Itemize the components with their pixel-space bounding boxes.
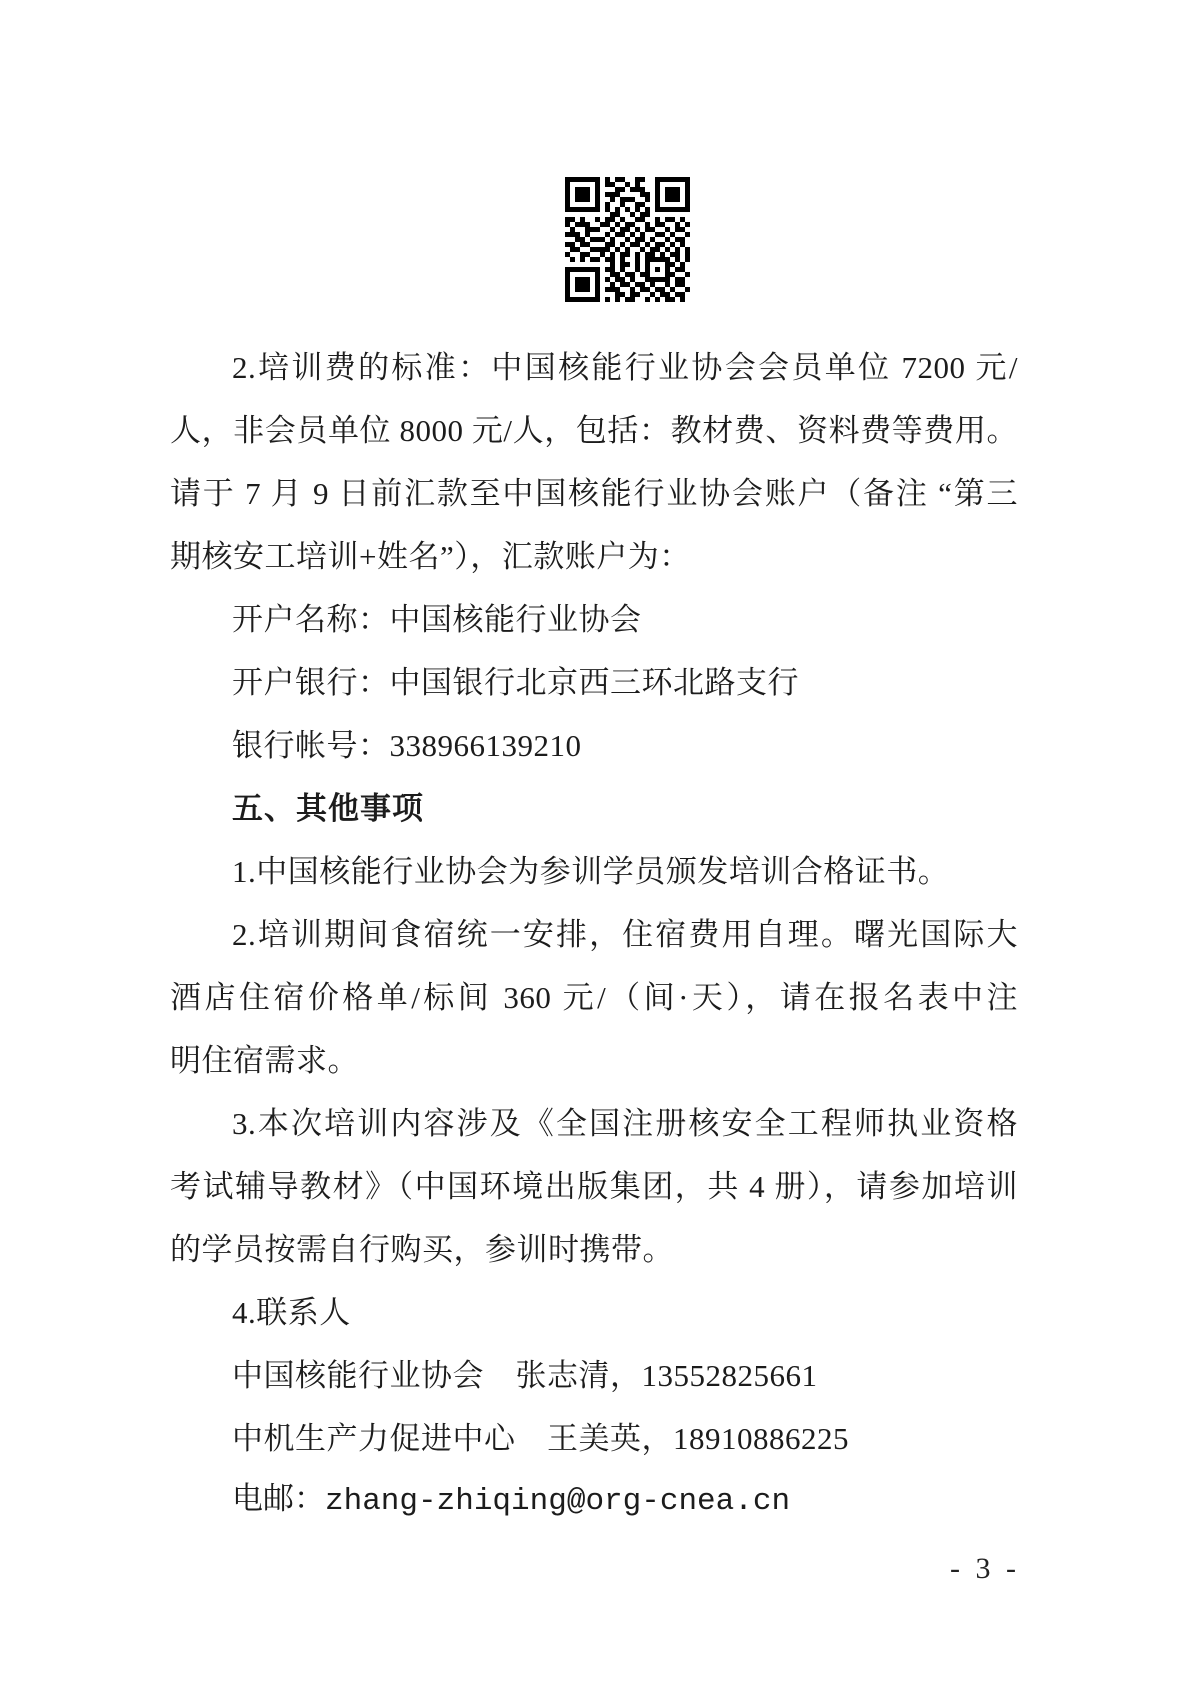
text-line: 开户名称：中国核能行业协会	[170, 588, 1018, 651]
page-number: - 3 -	[930, 1552, 1040, 1586]
text-line: 4.联系人	[170, 1281, 1018, 1344]
text-line: 中机生产力促进中心 王美英，18910886225	[170, 1407, 1018, 1470]
text-line: 电邮：zhang-zhiqing@org-cnea.cn	[170, 1470, 1018, 1533]
document-page: 2.培训费的标准：中国核能行业协会会员单位 7200 元/人，非会员单位 800…	[0, 0, 1200, 1697]
text-line: 期核安工培训+姓名”），汇款账户为：	[170, 525, 1018, 588]
text-line: 2.培训费的标准：中国核能行业协会会员单位 7200 元/	[170, 336, 1018, 399]
document-body: 2.培训费的标准：中国核能行业协会会员单位 7200 元/人，非会员单位 800…	[170, 336, 1018, 1533]
text-line: 的学员按需自行购买，参训时携带。	[170, 1218, 1018, 1281]
text-line: 3.本次培训内容涉及《全国注册核安全工程师执业资格	[170, 1092, 1018, 1155]
text-line: 五、其他事项	[170, 777, 1018, 840]
text-line: 银行帐号：338966139210	[170, 714, 1018, 777]
text-line: 考试辅导教材》（中国环境出版集团，共 4 册），请参加培训	[170, 1155, 1018, 1218]
text-line: 请于 7 月 9 日前汇款至中国核能行业协会账户（备注 “第三	[170, 462, 1018, 525]
text-line: 中国核能行业协会 张志清，13552825661	[170, 1344, 1018, 1407]
text-line: 开户银行：中国银行北京西三环北路支行	[170, 651, 1018, 714]
text-line: 2.培训期间食宿统一安排，住宿费用自理。曙光国际大	[170, 903, 1018, 966]
qr-code	[565, 177, 690, 302]
text-line: 人，非会员单位 8000 元/人，包括：教材费、资料费等费用。	[170, 399, 1018, 462]
text-line: 1.中国核能行业协会为参训学员颁发培训合格证书。	[170, 840, 1018, 903]
text-line: 酒店住宿价格单/标间 360 元/（间·天），请在报名表中注	[170, 966, 1018, 1029]
text-line: 明住宿需求。	[170, 1029, 1018, 1092]
